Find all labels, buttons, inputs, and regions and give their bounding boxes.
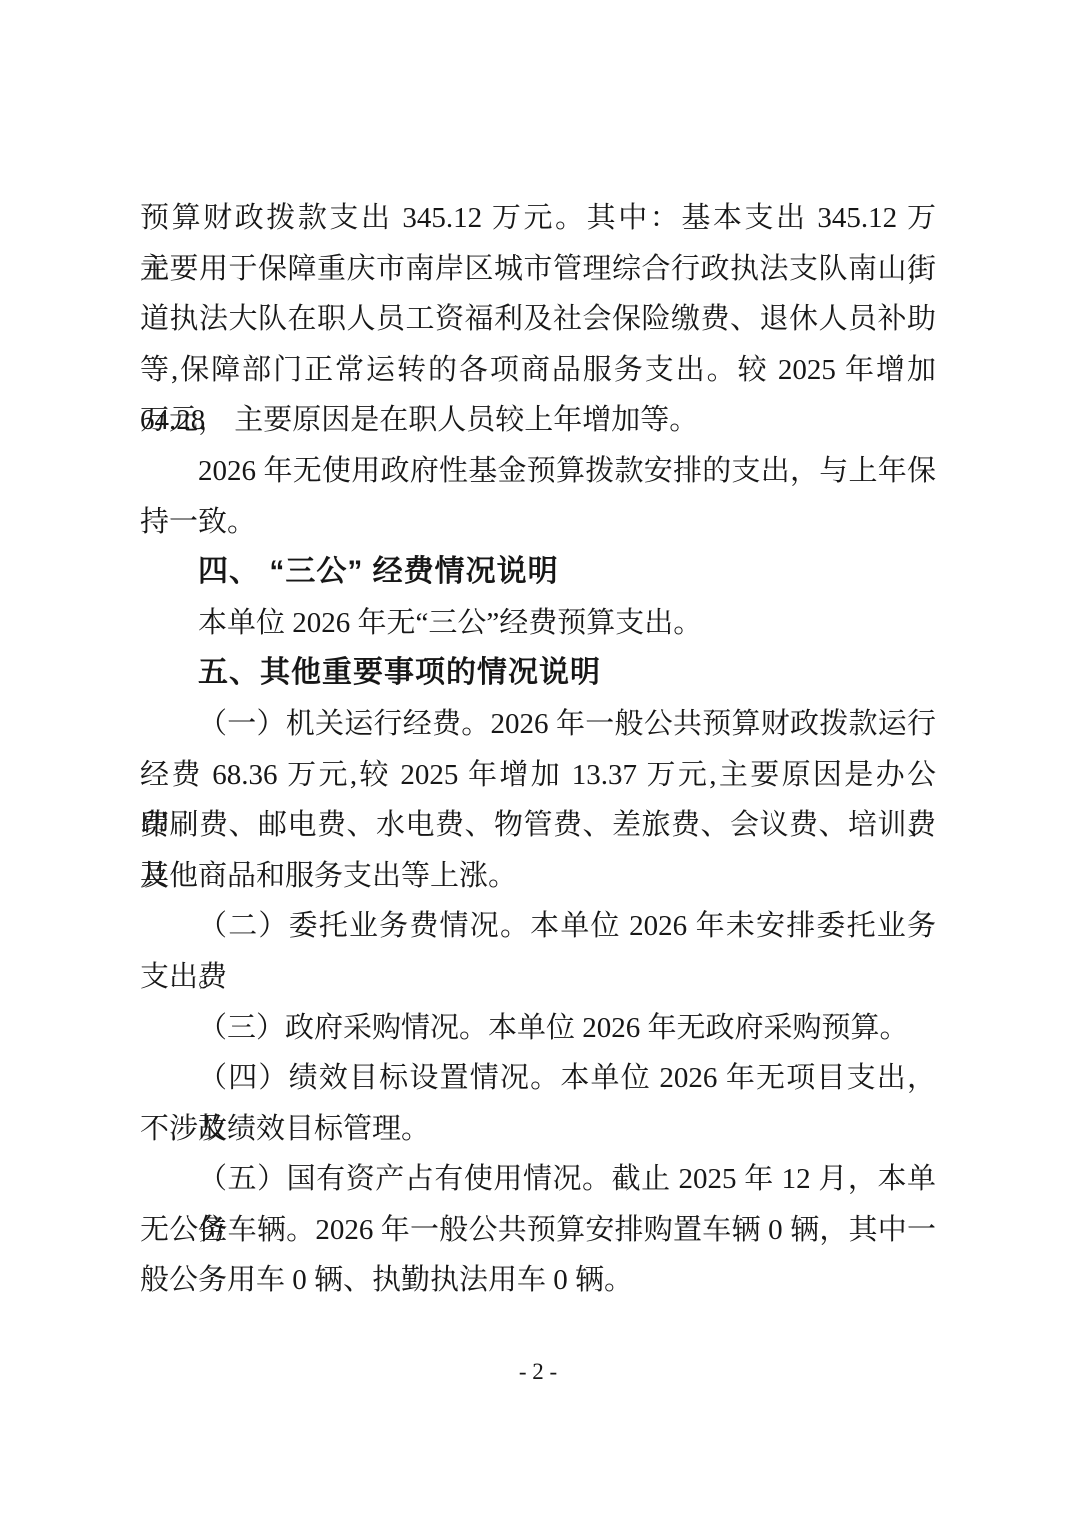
body-line: 其他商品和服务支出等上涨。 — [140, 851, 936, 902]
body-line: 2026 年无使用政府性基金预算拨款安排的支出，与上年保 — [140, 446, 936, 497]
body-line: （二）委托业务费情况。本单位 2026 年未安排委托业务费 — [140, 901, 936, 952]
document-body: 预算财政拨款支出 345.12 万元。其中：基本支出 345.12 万元， 主要… — [140, 193, 936, 1397]
body-line: （四）绩效目标设置情况。本单位 2026 年无项目支出，故 — [140, 1053, 936, 1104]
body-line: 主要用于保障重庆市南岸区城市管理综合行政执法支队南山街 — [140, 244, 936, 295]
body-line: 等,保障部门正常运转的各项商品服务支出。较 2025 年增加 64.28 — [140, 345, 936, 396]
body-line: 经费 68.36 万元,较 2025 年增加 13.37 万元,主要原因是办公费… — [140, 750, 936, 801]
body-line: 预算财政拨款支出 345.12 万元。其中：基本支出 345.12 万元， — [140, 193, 936, 244]
body-line: （一）机关运行经费。2026 年一般公共预算财政拨款运行 — [140, 699, 936, 750]
page-number: - 2 - — [140, 1347, 936, 1397]
body-line: 持一致。 — [140, 497, 936, 548]
section-heading-five: 五、其他重要事项的情况说明 — [140, 648, 936, 699]
body-line: 万元， 主要原因是在职人员较上年增加等。 — [140, 395, 936, 446]
body-line: 印刷费、邮电费、水电费、物管费、差旅费、会议费、培训费及 — [140, 800, 936, 851]
body-line: 般公务用车 0 辆、执勤执法用车 0 辆。 — [140, 1255, 936, 1306]
body-line: 无公务车辆。2026 年一般公共预算安排购置车辆 0 辆，其中一 — [140, 1205, 936, 1256]
body-line: 道执法大队在职人员工资福利及社会保险缴费、退休人员补助 — [140, 294, 936, 345]
section-heading-four: 四、 “三公” 经费情况说明 — [140, 547, 936, 598]
body-line: 不涉及绩效目标管理。 — [140, 1104, 936, 1155]
body-line: （五）国有资产占有使用情况。截止 2025 年 12 月，本单位 — [140, 1154, 936, 1205]
body-line: 本单位 2026 年无“三公”经费预算支出。 — [140, 598, 936, 649]
body-line: 支出。 — [140, 952, 936, 1003]
body-line: （三）政府采购情况。本单位 2026 年无政府采购预算。 — [140, 1003, 936, 1054]
document-page: 预算财政拨款支出 345.12 万元。其中：基本支出 345.12 万元， 主要… — [0, 0, 1074, 1520]
